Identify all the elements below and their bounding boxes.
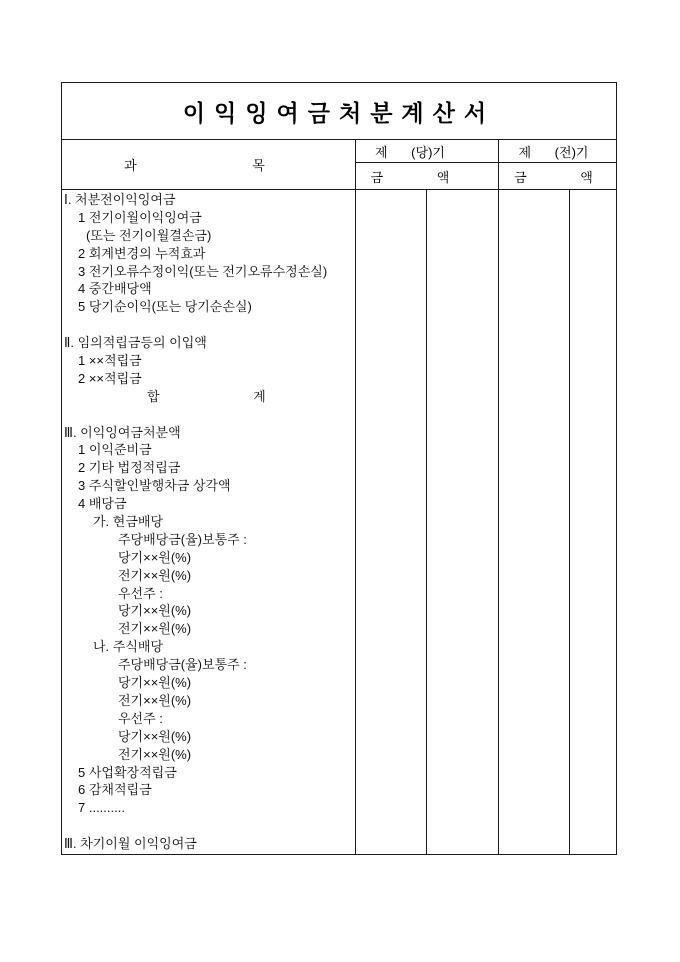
subject-column: Ⅰ. 처분전이익잉여금1 전기이월이익잉여금(또는 전기이월결손금)2 회계변경… [62, 190, 356, 854]
subject-line: 4 배당금 [62, 495, 355, 513]
subject-line: 6 감채적립금 [62, 781, 355, 799]
column-header-previous-period: 제 (전)기 [499, 140, 616, 163]
column-group-current-period: 제 (당)기 금 액 [356, 140, 499, 189]
subject-line: 5 사업확장적립금 [62, 764, 355, 782]
subject-line: 2 ××적립금 [62, 370, 355, 388]
subject-line: 1 ××적립금 [62, 352, 355, 370]
column-header-amount-previous: 금 액 [499, 163, 616, 189]
subject-line: 당기××원(%) [62, 728, 355, 746]
subject-line: 가. 현금배당 [62, 513, 355, 531]
subject-line: 우선주 : [62, 585, 355, 603]
amount-cell-current-total [427, 190, 499, 854]
subject-line: 합 계 [62, 388, 355, 406]
table-header: 과 목 제 (당)기 금 액 제 (전)기 금 액 [62, 140, 616, 190]
amount-cell-previous-sub [499, 190, 570, 854]
amount-cell-current-sub [356, 190, 427, 854]
subject-line: 1 이익준비금 [62, 441, 355, 459]
subject-line: 주당배당금(율)보통주 : [62, 531, 355, 549]
subject-line: 3 전기오류수정이익(또는 전기오류수정손실) [62, 263, 355, 281]
subject-line: 우선주 : [62, 710, 355, 728]
subject-line: 전기××원(%) [62, 567, 355, 585]
column-header-subject: 과 목 [62, 140, 356, 189]
subject-line: Ⅱ. 임의적립금등의 이입액 [62, 334, 355, 352]
subject-line: 전기××원(%) [62, 746, 355, 764]
subject-line: 2 회계변경의 누적효과 [62, 245, 355, 263]
subject-blank-line [62, 406, 355, 424]
subject-line: 5 당기순이익(또는 당기순손실) [62, 298, 355, 316]
subject-blank-line [62, 316, 355, 334]
subject-line: Ⅲ. 차기이월 이익잉여금 [62, 835, 355, 853]
subject-line: 2 기타 법정적립금 [62, 459, 355, 477]
subject-line: 당기××원(%) [62, 674, 355, 692]
subject-line: 당기××원(%) [62, 602, 355, 620]
subject-line: 나. 주식배당 [62, 638, 355, 656]
subject-line: 전기××원(%) [62, 620, 355, 638]
subject-line: 7 .......... [62, 799, 355, 817]
subject-line: (또는 전기이월결손금) [62, 227, 355, 245]
retained-earnings-statement-table: 이익잉여금처분계산서 과 목 제 (당)기 금 액 제 (전)기 금 액 Ⅰ. … [61, 82, 617, 855]
subject-blank-line [62, 817, 355, 835]
amount-cell-previous-total [570, 190, 616, 854]
column-header-current-period: 제 (당)기 [356, 140, 498, 163]
subject-line: 4 중간배당액 [62, 280, 355, 298]
subject-line: 전기××원(%) [62, 692, 355, 710]
subject-line: 주당배당금(율)보통주 : [62, 656, 355, 674]
column-group-previous-period: 제 (전)기 금 액 [499, 140, 616, 189]
subject-line: 3 주식할인발행차금 상각액 [62, 477, 355, 495]
subject-line: 1 전기이월이익잉여금 [62, 209, 355, 227]
subject-line: Ⅰ. 처분전이익잉여금 [62, 191, 355, 209]
document-page: 이익잉여금처분계산서 과 목 제 (당)기 금 액 제 (전)기 금 액 Ⅰ. … [0, 0, 680, 962]
table-body: Ⅰ. 처분전이익잉여금1 전기이월이익잉여금(또는 전기이월결손금)2 회계변경… [62, 190, 616, 854]
form-title: 이익잉여금처분계산서 [62, 83, 616, 140]
column-header-amount-current: 금 액 [356, 163, 498, 189]
subject-line: Ⅲ. 이익잉여금처분액 [62, 424, 355, 442]
subject-line: 당기××원(%) [62, 549, 355, 567]
